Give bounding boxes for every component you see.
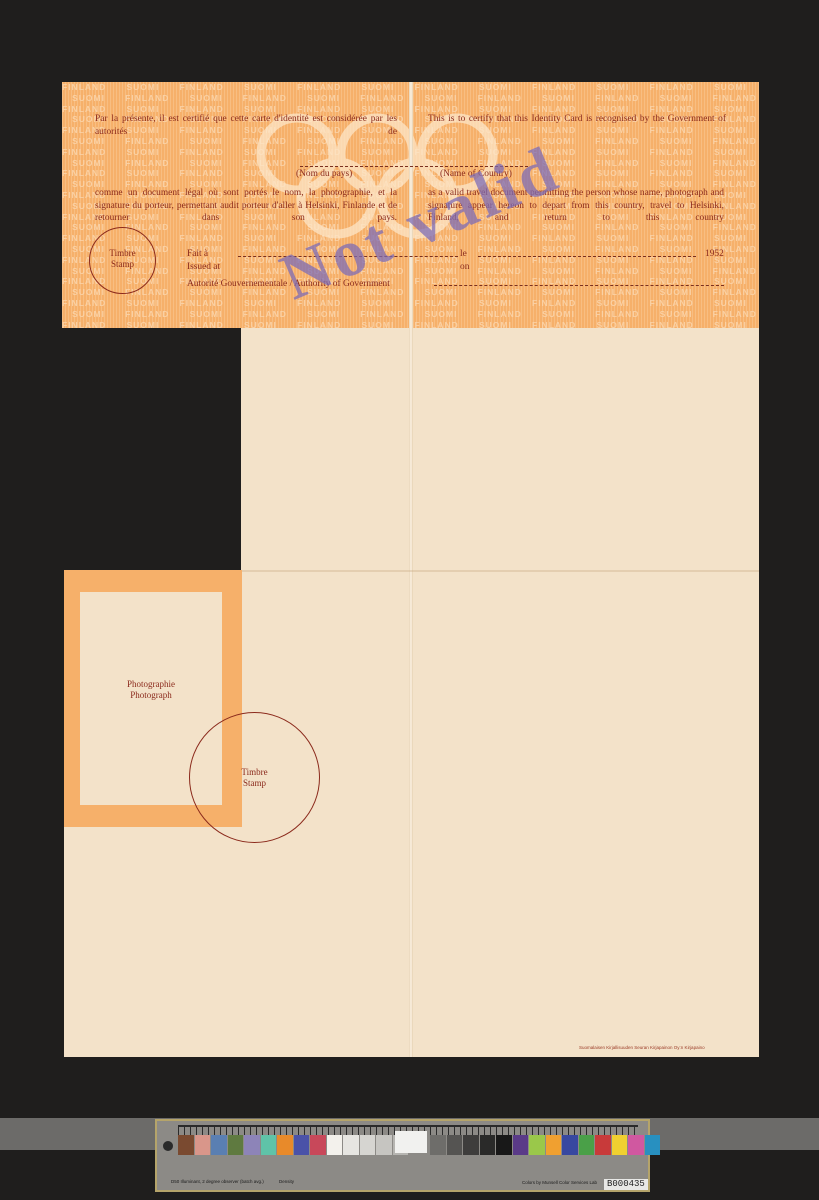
color-patch [496,1135,512,1155]
color-patch [211,1135,227,1155]
density-label: Density [279,1179,294,1184]
issued-at-label: Fait àIssued at [187,248,220,273]
color-patch [513,1135,529,1155]
color-patch [546,1135,562,1155]
mount-hole-left [163,1141,173,1151]
color-patch [195,1135,211,1155]
illuminant-caption: D50 Illuminant, 2 degree observer (batch… [171,1179,264,1184]
color-patch [612,1135,628,1155]
color-patch [277,1135,293,1155]
color-patch [228,1135,244,1155]
color-patch [244,1135,260,1155]
color-patch [178,1135,194,1155]
color-patch [463,1135,479,1155]
color-patch [645,1135,661,1155]
color-patch [376,1135,392,1155]
stamp-circle-bottom-label: TimbreStamp [189,767,320,788]
photo-label: PhotographiePhotograph [80,679,222,700]
color-patch [360,1135,376,1155]
authority-field[interactable] [434,285,724,286]
french-country-label: (Nom du pays) [296,168,352,181]
color-patch [480,1135,496,1155]
serial-number: B000435 [604,1179,648,1190]
color-patch [327,1135,343,1155]
color-patch [628,1135,644,1155]
color-patch [294,1135,310,1155]
color-patch [529,1135,545,1155]
year-label: 1952 [705,248,724,261]
color-patch [430,1135,446,1155]
english-intro: This is to certify that this Identity Ca… [428,113,726,126]
vendor-label: Colors by Munsell Color Services Lab [522,1180,597,1185]
color-patch [595,1135,611,1155]
color-patch [447,1135,463,1155]
color-patch [562,1135,578,1155]
color-patch [343,1135,359,1155]
color-calibration-target: D50 Illuminant, 2 degree observer (batch… [155,1119,650,1192]
color-patches-row2 [430,1135,661,1155]
color-patch [310,1135,326,1155]
stamp-circle-top-label: TimbreStamp [89,248,156,269]
color-patch [261,1135,277,1155]
color-patch [579,1135,595,1155]
printer-imprint: Suomalaisen Kirjallisuuden Seuran Kirjap… [579,1045,705,1050]
date-field[interactable] [478,256,696,257]
scale-card [395,1131,427,1153]
date-label: leon [460,248,469,273]
color-patches-row1 [178,1135,409,1155]
french-intro: Par la présente, il est certifié que cet… [95,113,397,138]
